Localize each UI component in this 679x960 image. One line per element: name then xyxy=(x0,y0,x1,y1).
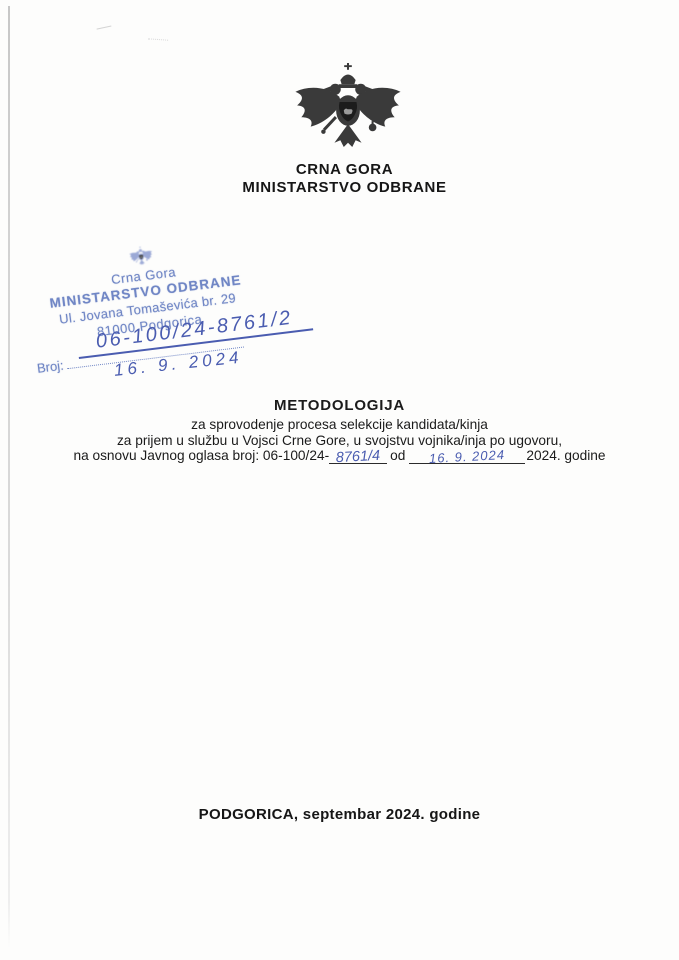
title-block: METODOLOGIJA za sprovodenje procesa sele… xyxy=(0,397,679,464)
document-header: CRNA GORA MINISTARSTVO ODBRANE xyxy=(0,161,679,196)
subtitle-line-3-suffix: 2024. godine xyxy=(526,448,605,463)
handwritten-oglas-date: 16. 9. 2024 xyxy=(409,448,525,466)
subtitle-line-3-connector: od xyxy=(390,448,405,463)
stamp-number-label: Broj: xyxy=(36,358,64,376)
pencil-mark xyxy=(148,38,168,43)
filled-blank-date: 16. 9. 2024 xyxy=(409,450,525,464)
subtitle-line-3-prefix: na osnovu Javnog oglasa broj: 06-100/24- xyxy=(73,448,329,463)
handwritten-oglas-number: 8761/4 xyxy=(329,449,388,464)
subtitle-line-3: na osnovu Javnog oglasa broj: 06-100/24-… xyxy=(0,448,679,464)
subtitle-line-1: za sprovodenje procesa selekcije kandida… xyxy=(0,417,679,433)
document-title: METODOLOGIJA xyxy=(0,397,679,414)
header-country: CRNA GORA xyxy=(10,161,679,179)
filled-blank-number: 8761/4 xyxy=(329,450,387,464)
footer-place-date: PODGORICA, septembar 2024. godine xyxy=(0,806,679,823)
document-page: CRNA GORA MINISTARSTVO ODBRANE Crna Gora… xyxy=(0,0,679,960)
pencil-mark xyxy=(97,26,113,35)
header-ministry: MINISTARSTVO ODBRANE xyxy=(10,179,679,197)
stamp-emblem-icon xyxy=(127,245,155,269)
subtitle-line-2: za prijem u službu u Vojsci Crne Gore, u… xyxy=(0,433,679,449)
coat-of-arms-icon xyxy=(286,63,410,158)
